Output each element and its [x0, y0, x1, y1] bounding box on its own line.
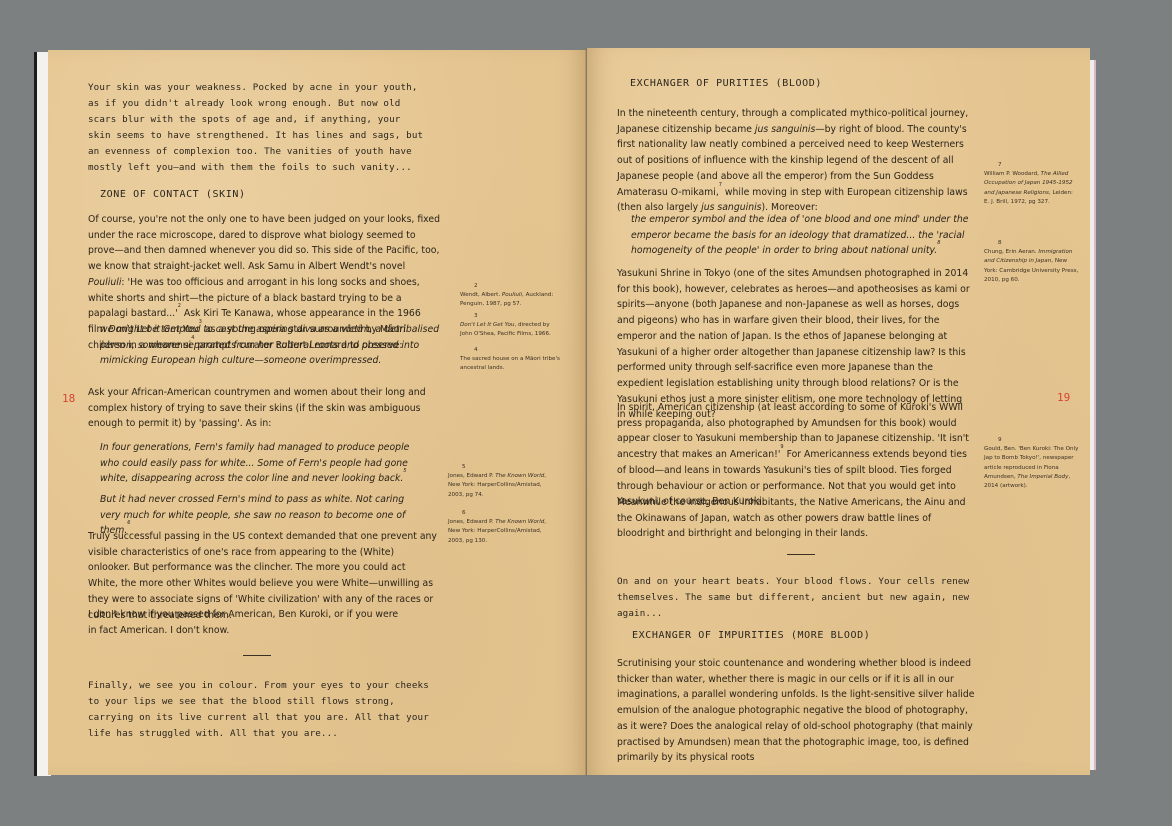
footnote-7: 7 William P. Woodard, The Allied Occupat…	[984, 161, 1079, 207]
section-heading-more-blood: EXCHANGER OF IMPURITIES (MORE BLOOD)	[632, 630, 870, 641]
footnote-5: 5 Jones, Edward P. The Known World, New …	[448, 463, 558, 500]
body-paragraph-4: Meanwhile the indigenous inhabitants, th…	[617, 495, 967, 542]
block-quote-1: the emperor symbol and the idea of 'one …	[631, 212, 973, 259]
footnote-ref[interactable]: 6	[127, 520, 130, 526]
right-page: EXCHANGER OF PURITIES (BLOOD) In the nin…	[587, 48, 1090, 775]
book-spread: Your skin was your weakness. Pocked by a…	[0, 0, 1172, 826]
section-heading-blood: EXCHANGER OF PURITIES (BLOOD)	[630, 78, 822, 89]
body-paragraph-1: In the nineteenth century, through a com…	[617, 106, 972, 216]
outro-monospace-paragraph: Finally, we see you in colour. From your…	[88, 678, 438, 742]
page-number-left: 18	[62, 392, 75, 405]
section-heading-skin: ZONE OF CONTACT (SKIN)	[100, 189, 246, 200]
footnote-8: 8 Chung, Erin Aeran. Immigration and Cit…	[984, 239, 1079, 285]
interlude-monospace-paragraph: On and on your heart beats. Your blood f…	[617, 574, 977, 622]
block-quote-2: In four generations, Fern's family had m…	[100, 440, 420, 487]
footnote-2: 2 Wendt, Albert. Pouliuli, Auckland: Pen…	[460, 282, 560, 310]
page-number-right: 19	[1057, 391, 1070, 404]
body-paragraph-5: Scrutinising your stoic countenance and …	[617, 656, 977, 766]
section-divider	[787, 554, 815, 555]
intro-monospace-paragraph: Your skin was your weakness. Pocked by a…	[88, 80, 428, 176]
footnote-4: 4 The sacred house on a Māori tribe's an…	[460, 346, 560, 374]
body-paragraph-2: Ask your African-American countrymen and…	[88, 385, 438, 432]
footnote-6: 6 Jones, Edward P. The Known World, New …	[448, 509, 558, 546]
body-paragraph-4: I don't know if you passed for American,…	[88, 607, 408, 638]
body-paragraph-3: In spirit, American citizenship (at leas…	[617, 400, 973, 510]
footnote-9: 9 Gould, Ben. 'Ben Kuroki: The Only Jap …	[984, 436, 1084, 491]
footnote-3: 3 Don't Let It Get You, directed by John…	[460, 312, 560, 340]
left-page: Your skin was your weakness. Pocked by a…	[48, 50, 586, 775]
right-page-edge	[1090, 60, 1096, 770]
block-quote-1: we might be tempted to cast the aspiring…	[100, 322, 440, 369]
book-title: Pouliuli	[88, 277, 121, 288]
footnote-ref[interactable]: 8	[937, 240, 940, 246]
footnote-ref[interactable]: 5	[403, 468, 406, 474]
section-divider	[243, 655, 271, 656]
